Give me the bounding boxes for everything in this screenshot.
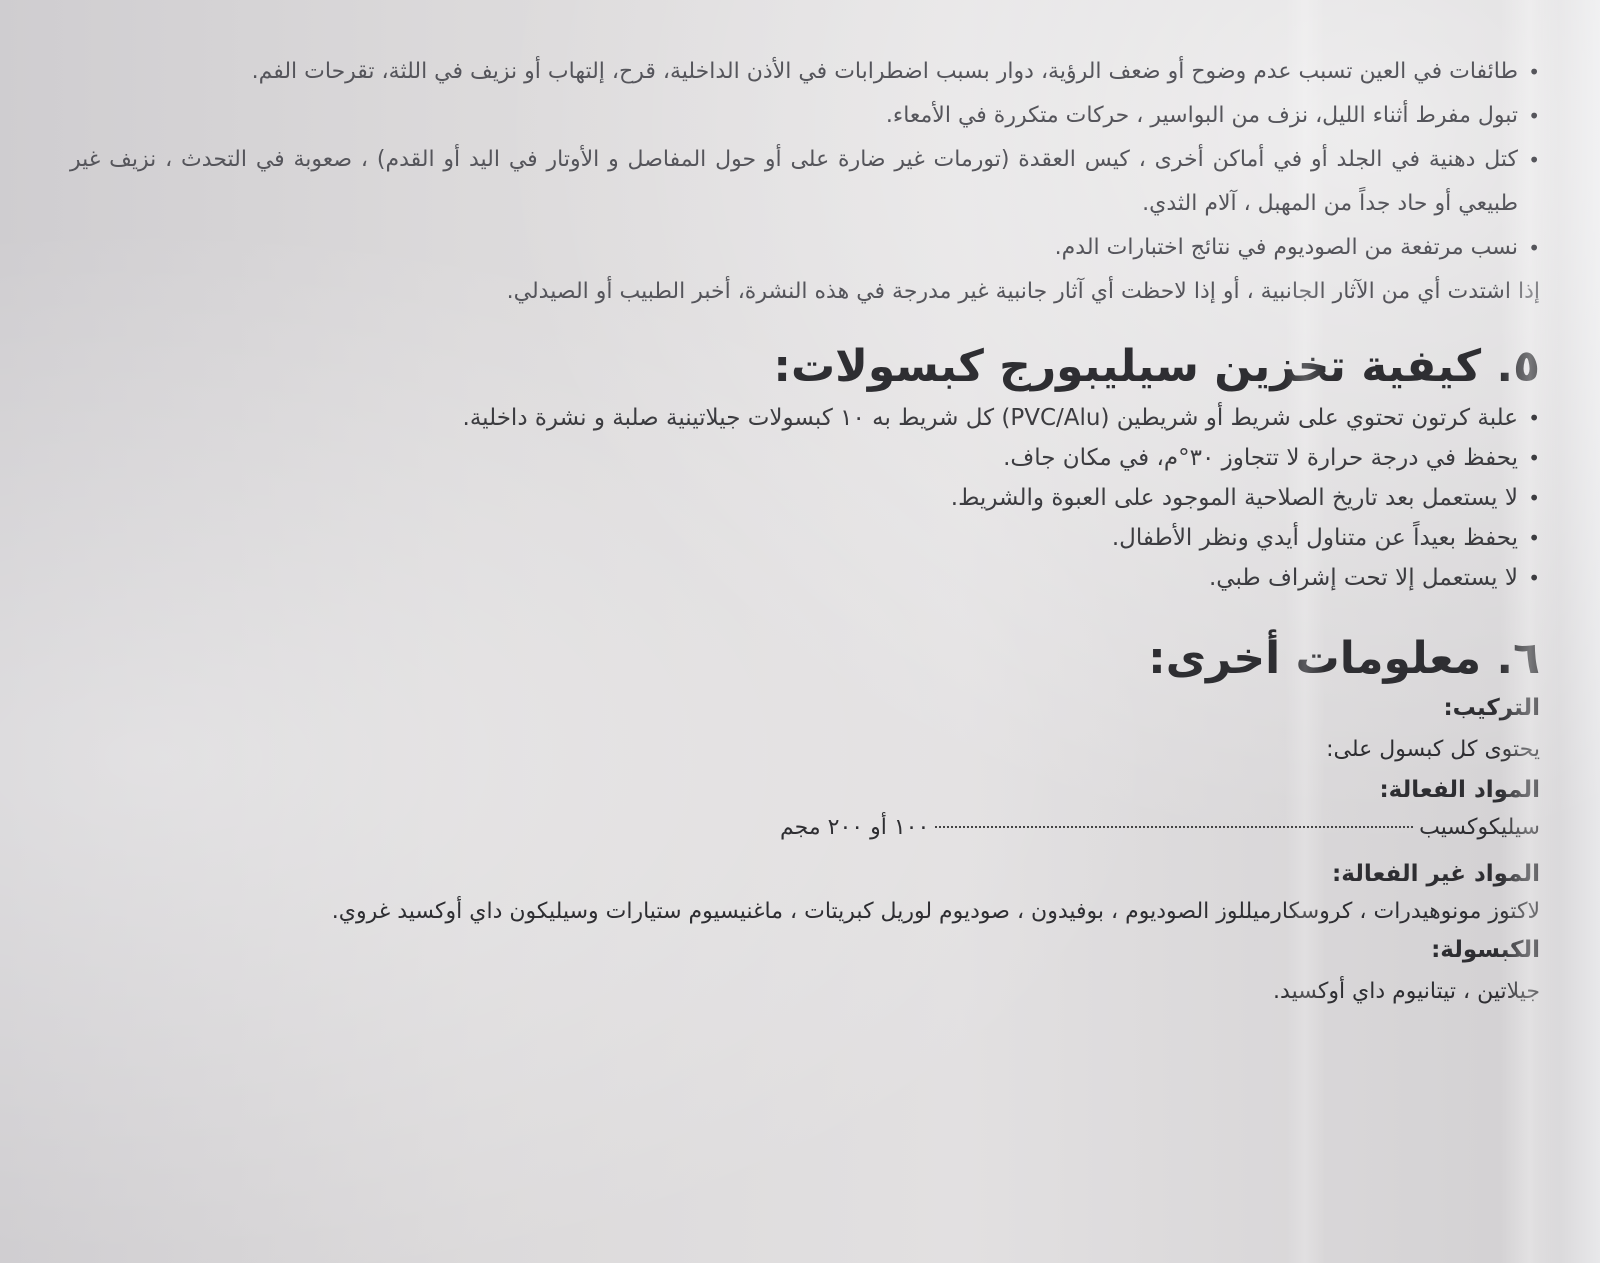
capsule-heading: الكبسولة: xyxy=(70,932,1540,968)
capsule-contents: جيلاتين ، تيتانيوم داي أوكسيد. xyxy=(70,974,1540,1010)
inactive-ingredients-text: لاكتوز مونوهيدرات ، كروسكارميللوز الصودي… xyxy=(100,892,1540,932)
section-6-title: ٦. معلومات أخرى: xyxy=(70,628,1540,690)
composition-heading: التركيب: xyxy=(70,690,1540,726)
storage-item: علبة كرتون تحتوي على شريط أو شريطين (PVC… xyxy=(60,398,1540,438)
section-storage: ٥. كيفية تخزين سيليبورج كبسولات: علبة كر… xyxy=(70,336,1540,598)
composition-intro: يحتوى كل كبسول على: xyxy=(70,732,1540,768)
side-effects-continued: طائفات في العين تسبب عدم وضوح أو ضعف الر… xyxy=(70,50,1540,314)
side-effect-item: تبول مفرط أثناء الليل، نزف من البواسير ،… xyxy=(70,94,1540,138)
storage-item: لا يستعمل بعد تاريخ الصلاحية الموجود على… xyxy=(60,478,1540,518)
active-ingredient-row: سيليكوكسيب ١٠٠ أو ٢٠٠ مجم xyxy=(780,808,1540,848)
leaflet-page: طائفات في العين تسبب عدم وضوح أو ضعف الر… xyxy=(0,0,1600,1263)
active-ingredient-name: سيليكوكسيب xyxy=(1419,808,1540,848)
side-effect-item: كتل دهنية في الجلد أو في أماكن أخرى ، كي… xyxy=(70,138,1540,226)
storage-item: يحفظ بعيداً عن متناول أيدي ونظر الأطفال. xyxy=(60,518,1540,558)
inactive-ingredients-heading: المواد غير الفعالة: xyxy=(70,856,1540,892)
storage-item: لا يستعمل إلا تحت إشراف طبي. xyxy=(60,558,1540,598)
side-effects-list: طائفات في العين تسبب عدم وضوح أو ضعف الر… xyxy=(70,50,1540,270)
storage-item: يحفظ في درجة حرارة لا تتجاوز ٣٠°م، في مك… xyxy=(60,438,1540,478)
dotted-leader xyxy=(935,826,1413,828)
side-effect-item: طائفات في العين تسبب عدم وضوح أو ضعف الر… xyxy=(70,50,1540,94)
side-effect-item: نسب مرتفعة من الصوديوم في نتائج اختبارات… xyxy=(70,226,1540,270)
active-ingredient-amount: ١٠٠ أو ٢٠٠ مجم xyxy=(780,808,929,848)
section-5-title: ٥. كيفية تخزين سيليبورج كبسولات: xyxy=(70,336,1540,398)
section-other-info: ٦. معلومات أخرى: التركيب: يحتوى كل كبسول… xyxy=(70,628,1540,1010)
active-ingredients-heading: المواد الفعالة: xyxy=(70,772,1540,808)
side-effects-footer-note: إذا اشتدت أي من الآثار الجانبية ، أو إذا… xyxy=(70,270,1540,314)
storage-list: علبة كرتون تحتوي على شريط أو شريطين (PVC… xyxy=(60,398,1540,598)
